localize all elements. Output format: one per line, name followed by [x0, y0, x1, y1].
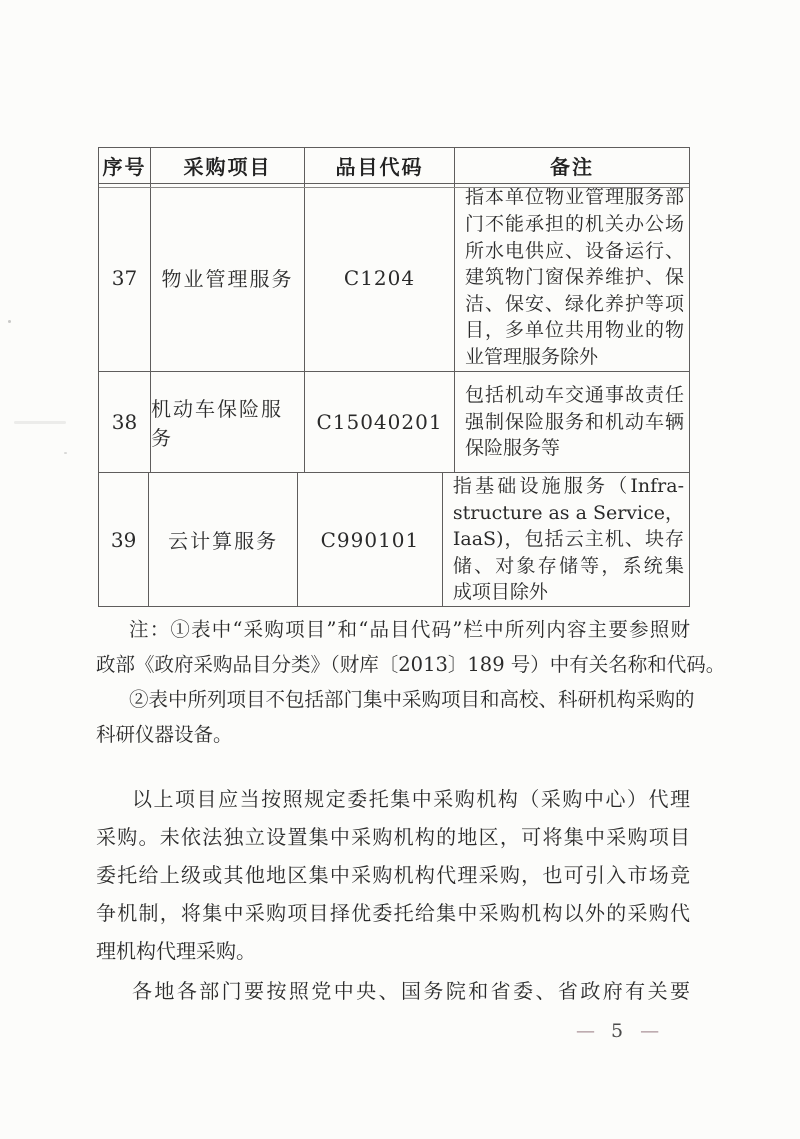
table-header-row: 序号 采购项目 品目代码 备注 — [99, 148, 689, 184]
remark-cell: 指基础设施服务（Infra-structure as a Service，Iaa… — [443, 473, 689, 606]
item-name: 物业管理服务 — [162, 263, 294, 292]
header-cell-item: 采购项目 — [151, 148, 305, 183]
serial-cell: 39 — [99, 473, 149, 606]
header-cell-serial: 序号 — [99, 148, 151, 183]
item-cell: 云计算服务 — [149, 473, 298, 606]
table-row-37: 37 物业管理服务 C1204 指本单位物业管理服务部门不能承担的机关办公场所水… — [99, 184, 689, 372]
item-name: 机动车保险服务 — [151, 393, 304, 451]
page-number-dash-right: — — [640, 1020, 658, 1042]
header-double-rule — [99, 187, 689, 188]
serial-number: 39 — [111, 528, 136, 552]
remark-cell: 包括机动车交通事故责任强制保险服务和机动车辆保险服务等 — [455, 372, 689, 472]
page-number-value: 5 — [611, 1020, 623, 1042]
serial-number: 38 — [112, 410, 137, 434]
item-code: C990101 — [321, 528, 420, 552]
page-number-dash-left: — — [576, 1020, 594, 1042]
item-cell: 物业管理服务 — [151, 184, 305, 371]
item-code: C15040201 — [316, 410, 442, 434]
page-number: — 5 — — [576, 1020, 658, 1042]
scan-speck — [8, 320, 11, 323]
serial-number: 37 — [112, 266, 137, 290]
scan-smudge — [14, 421, 66, 424]
serial-cell: 38 — [99, 372, 151, 472]
code-cell: C15040201 — [305, 372, 455, 472]
remark-cell: 指本单位物业管理服务部门不能承担的机关办公场所水电供应、设备运行、建筑物门窗保养… — [455, 184, 689, 371]
body-paragraph-1: 以上项目应当按照规定委托集中采购机构（采购中心）代理采购。未依法独立设置集中采购… — [96, 780, 690, 970]
table-note-2: ②表中所列项目不包括部门集中采购项目和高校、科研机构采购的科研仪器设备。 — [96, 682, 690, 752]
code-cell: C1204 — [305, 184, 455, 371]
remark-text: 包括机动车交通事故责任强制保险服务和机动车辆保险服务等 — [455, 382, 689, 462]
procurement-table: 序号 采购项目 品目代码 备注 37 物业管理服务 C1204 指本单位物业管理… — [98, 147, 690, 607]
item-name: 云计算服务 — [168, 525, 278, 554]
table-row-38: 38 机动车保险服务 C15040201 包括机动车交通事故责任强制保险服务和机… — [99, 372, 689, 473]
scanned-document-page: 序号 采购项目 品目代码 备注 37 物业管理服务 C1204 指本单位物业管理… — [0, 0, 800, 1139]
table-row-39: 39 云计算服务 C990101 指基础设施服务（Infra-structure… — [99, 473, 689, 606]
remark-text: 指本单位物业管理服务部门不能承担的机关办公场所水电供应、设备运行、建筑物门窗保养… — [455, 184, 689, 370]
item-cell: 机动车保险服务 — [151, 372, 305, 472]
remark-text: 指基础设施服务（Infra-structure as a Service，Iaa… — [443, 473, 689, 606]
item-code: C1204 — [344, 266, 415, 290]
body-paragraph-2: 各地各部门要按照党中央、国务院和省委、省政府有关要 — [96, 972, 690, 1010]
serial-cell: 37 — [99, 184, 151, 371]
scan-speck — [64, 452, 67, 454]
table-note-1: 注：①表中“采购项目”和“品目代码”栏中所列内容主要参照财政部《政府采购品目分类… — [96, 612, 690, 682]
header-cell-remark: 备注 — [455, 148, 689, 183]
code-cell: C990101 — [298, 473, 443, 606]
header-cell-code: 品目代码 — [305, 148, 455, 183]
